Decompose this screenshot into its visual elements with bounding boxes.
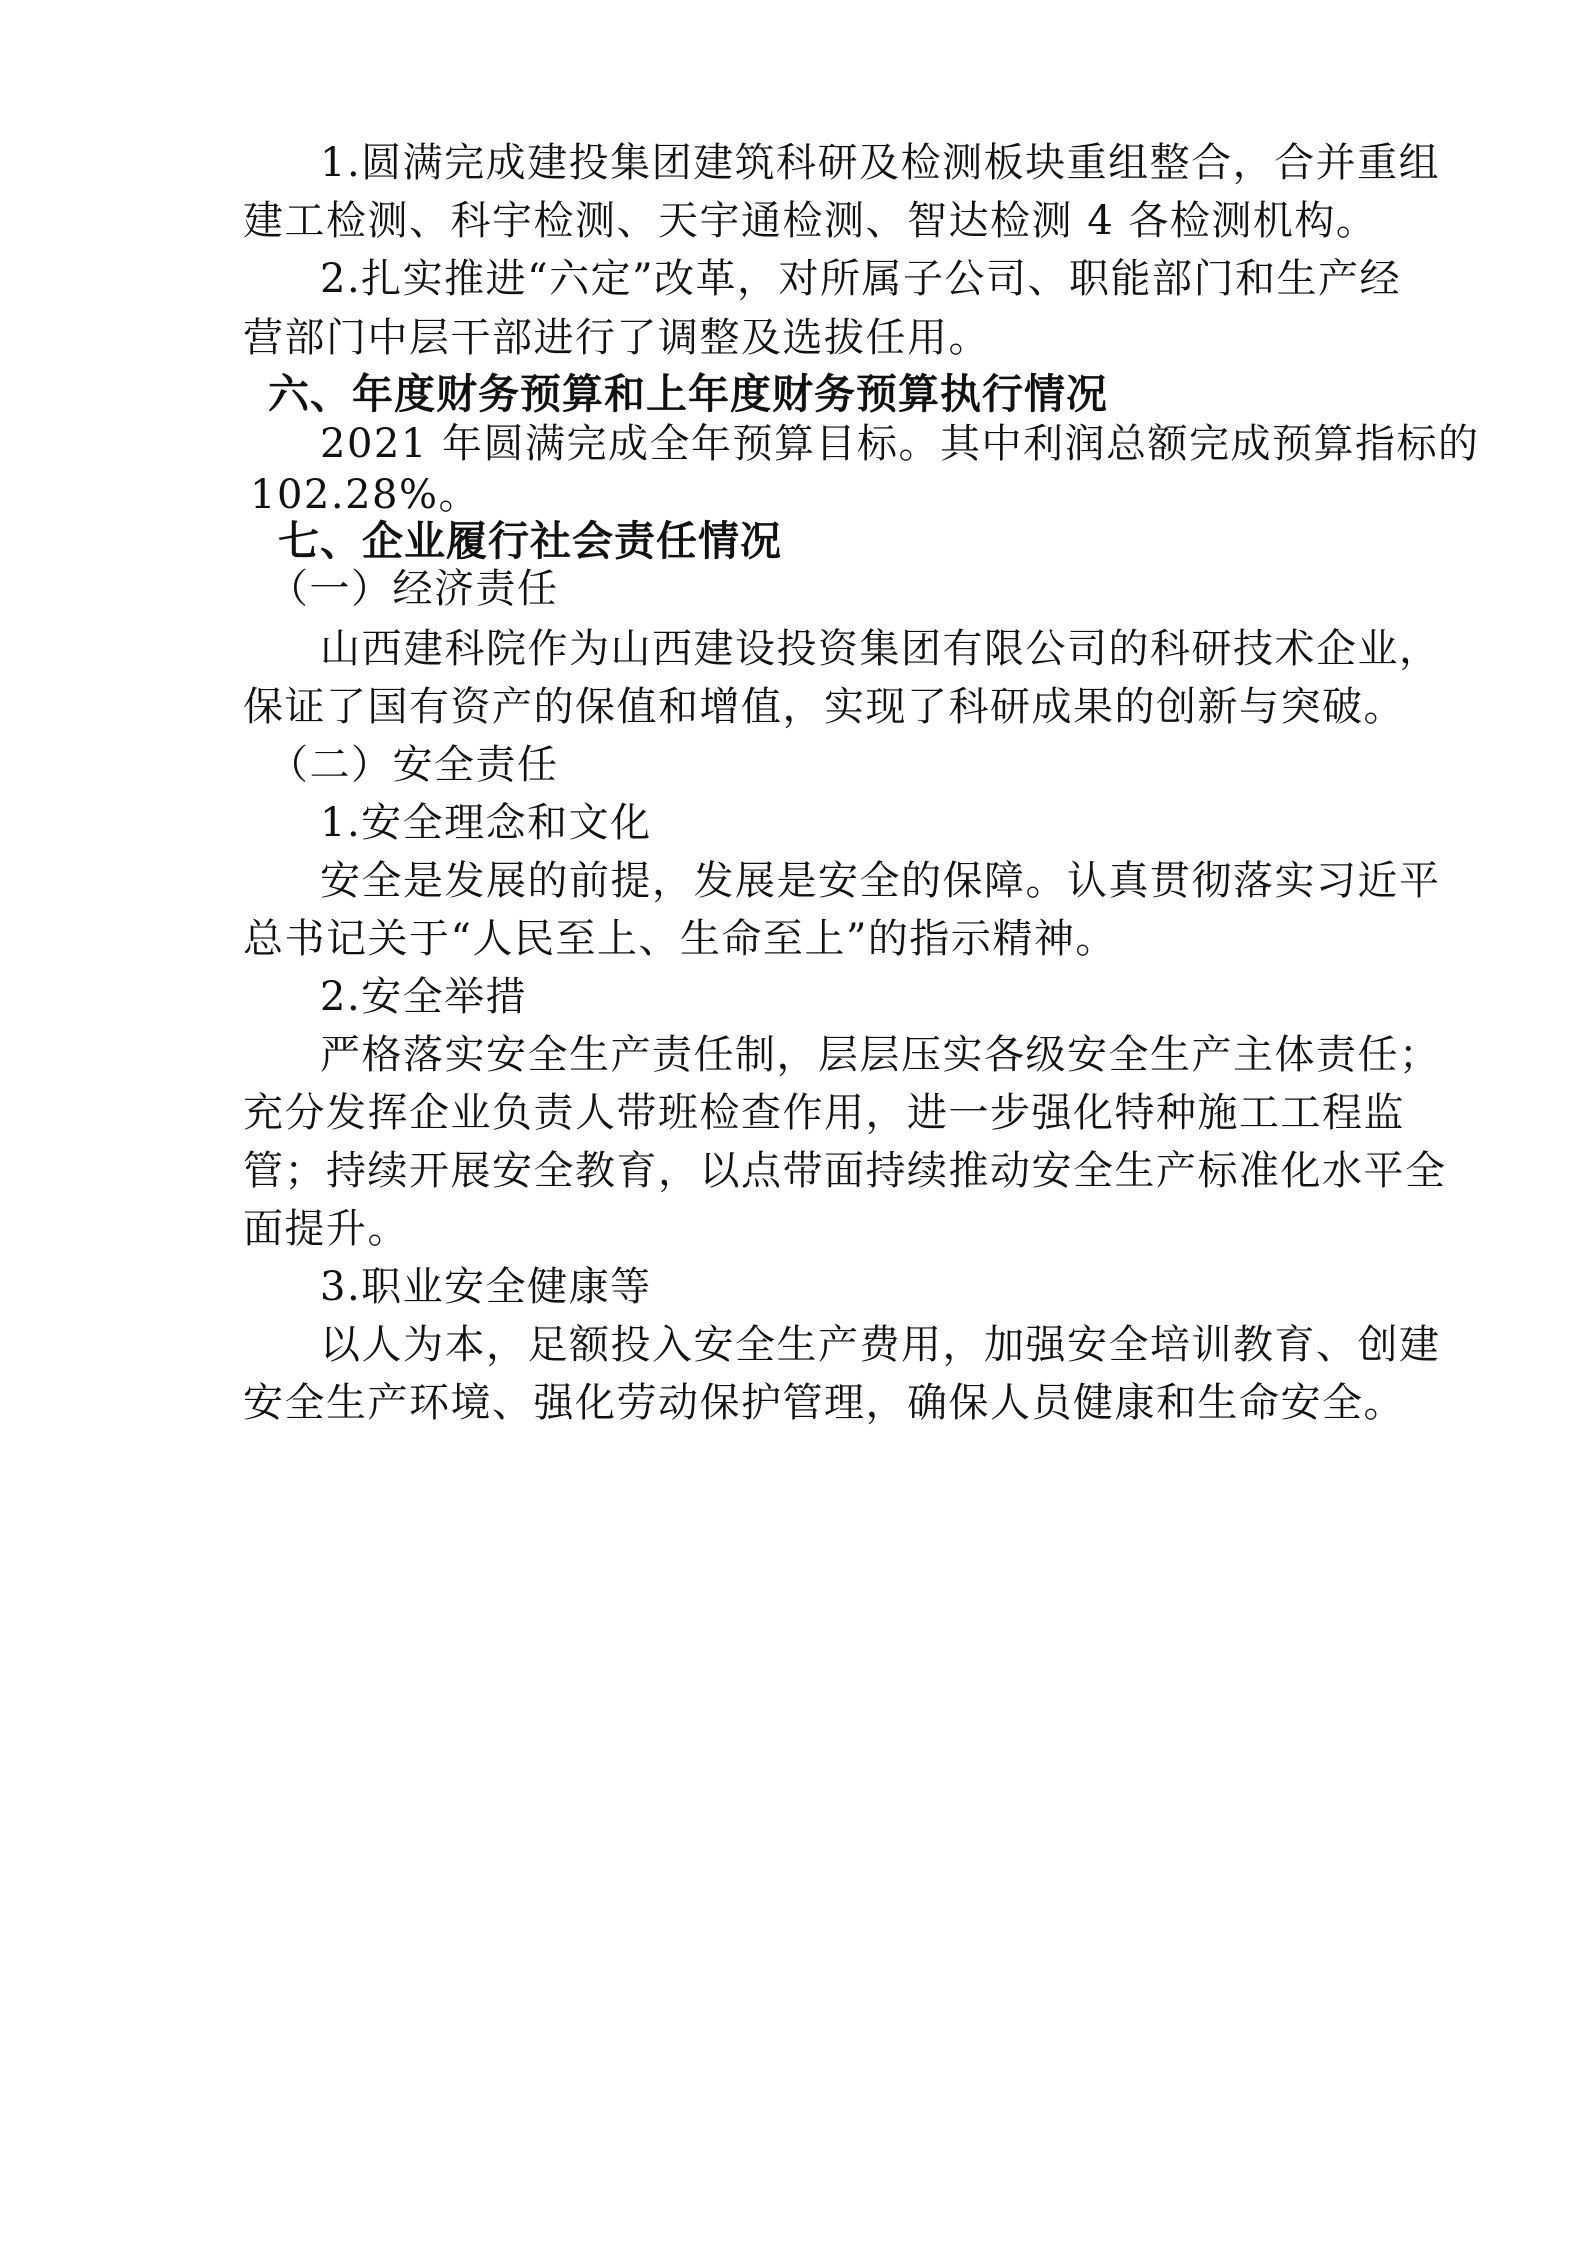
paragraph-line: 2021 年圆满完成全年预算目标。其中利润总额完成预算指标的	[320, 420, 1358, 468]
paragraph-line: 总书记关于“人民至上、生命至上”的指示精神。	[243, 915, 1117, 963]
paragraph-line: 安全生产环境、强化劳动保护管理，确保人员健康和生命安全。	[243, 1379, 1405, 1427]
paragraph-line: 建工检测、科宇检测、天宇通检测、智达检测 4 各检测机构。	[243, 197, 1377, 245]
item-heading-2: 2.安全举措	[320, 973, 527, 1021]
paragraph-line: 管；持续开展安全教育，以点带面持续推动安全生产标准化水平全	[243, 1147, 1358, 1195]
item-heading-3: 3.职业安全健康等	[320, 1263, 652, 1311]
paragraph-line: 严格落实安全生产责任制，层层压实各级安全生产主体责任；	[320, 1031, 1358, 1079]
paragraph-line: 以人为本，足额投入安全生产费用，加强安全培训教育、创建	[320, 1321, 1358, 1369]
paragraph-line: 面提升。	[243, 1205, 409, 1253]
section-heading-7: 七、企业履行社会责任情况	[278, 517, 782, 565]
paragraph-line: 102.28%。	[250, 471, 480, 519]
paragraph-line: 营部门中层干部进行了调整及选拔任用。	[243, 314, 990, 362]
paragraph-line: 保证了国有资产的保值和增值，实现了科研成果的创新与突破。	[243, 683, 1405, 731]
paragraph-line: 充分发挥企业负责人带班检查作用，进一步强化特种施工工程监	[243, 1089, 1358, 1137]
paragraph-line: 1.圆满完成建投集团建筑科研及检测板块重组整合，合并重组	[320, 139, 1358, 187]
subsection-heading-1: （一）经济责任	[268, 565, 559, 613]
paragraph-line: 2.扎实推进“六定”改革，对所属子公司、职能部门和生产经	[320, 255, 1358, 303]
paragraph-line: 山西建科院作为山西建设投资集团有限公司的科研技术企业，	[320, 625, 1441, 673]
section-heading-6: 六、年度财务预算和上年度财务预算执行情况	[268, 370, 1108, 418]
paragraph-line: 安全是发展的前提，发展是安全的保障。认真贯彻落实习近平	[320, 857, 1358, 905]
subsection-heading-2: （二）安全责任	[268, 741, 559, 789]
item-heading-1: 1.安全理念和文化	[320, 799, 652, 847]
